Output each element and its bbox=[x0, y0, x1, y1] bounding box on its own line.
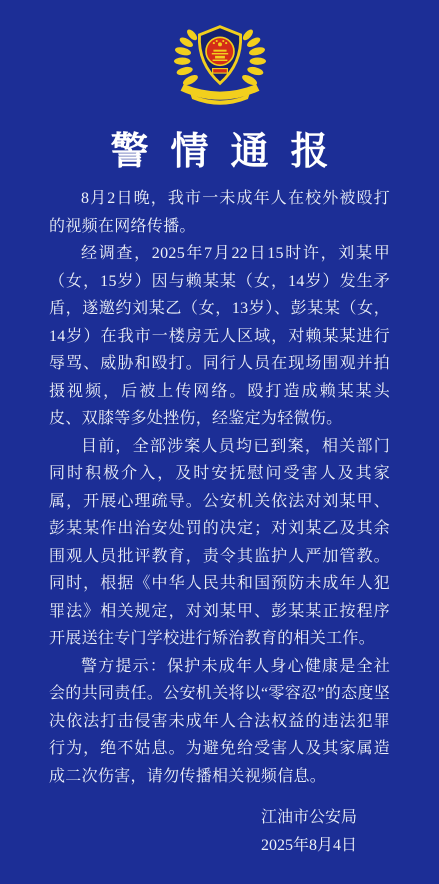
notice-paragraph: 目前，全部涉案人员均已到案，相关部门同时积极介入，及时安抚慰问受害人及其家属，开… bbox=[49, 433, 390, 653]
badge-container bbox=[49, 16, 390, 108]
issue-date: 2025年8月4日 bbox=[49, 832, 357, 860]
notice-paragraph: 警方提示：保护未成年人身心健康是全社会的共同责任。公安机关将以“零容忍”的态度坚… bbox=[49, 653, 390, 791]
notice-body: 8月2日晚，我市一未成年人在校外被殴打的视频在网络传播。 经调查，2025年7月… bbox=[49, 185, 390, 790]
notice-title: 警情通报 bbox=[49, 120, 390, 175]
signature-block: 江油市公安局 2025年8月4日 bbox=[49, 804, 390, 860]
police-badge-icon bbox=[170, 16, 270, 108]
issuing-agency: 江油市公安局 bbox=[49, 804, 357, 832]
police-notice: 警情通报 8月2日晚，我市一未成年人在校外被殴打的视频在网络传播。 经调查，20… bbox=[0, 0, 439, 884]
notice-paragraph: 经调查，2025年7月22日15时许，刘某甲（女，15岁）因与赖某某（女，14岁… bbox=[49, 240, 390, 433]
notice-paragraph: 8月2日晚，我市一未成年人在校外被殴打的视频在网络传播。 bbox=[49, 185, 390, 240]
